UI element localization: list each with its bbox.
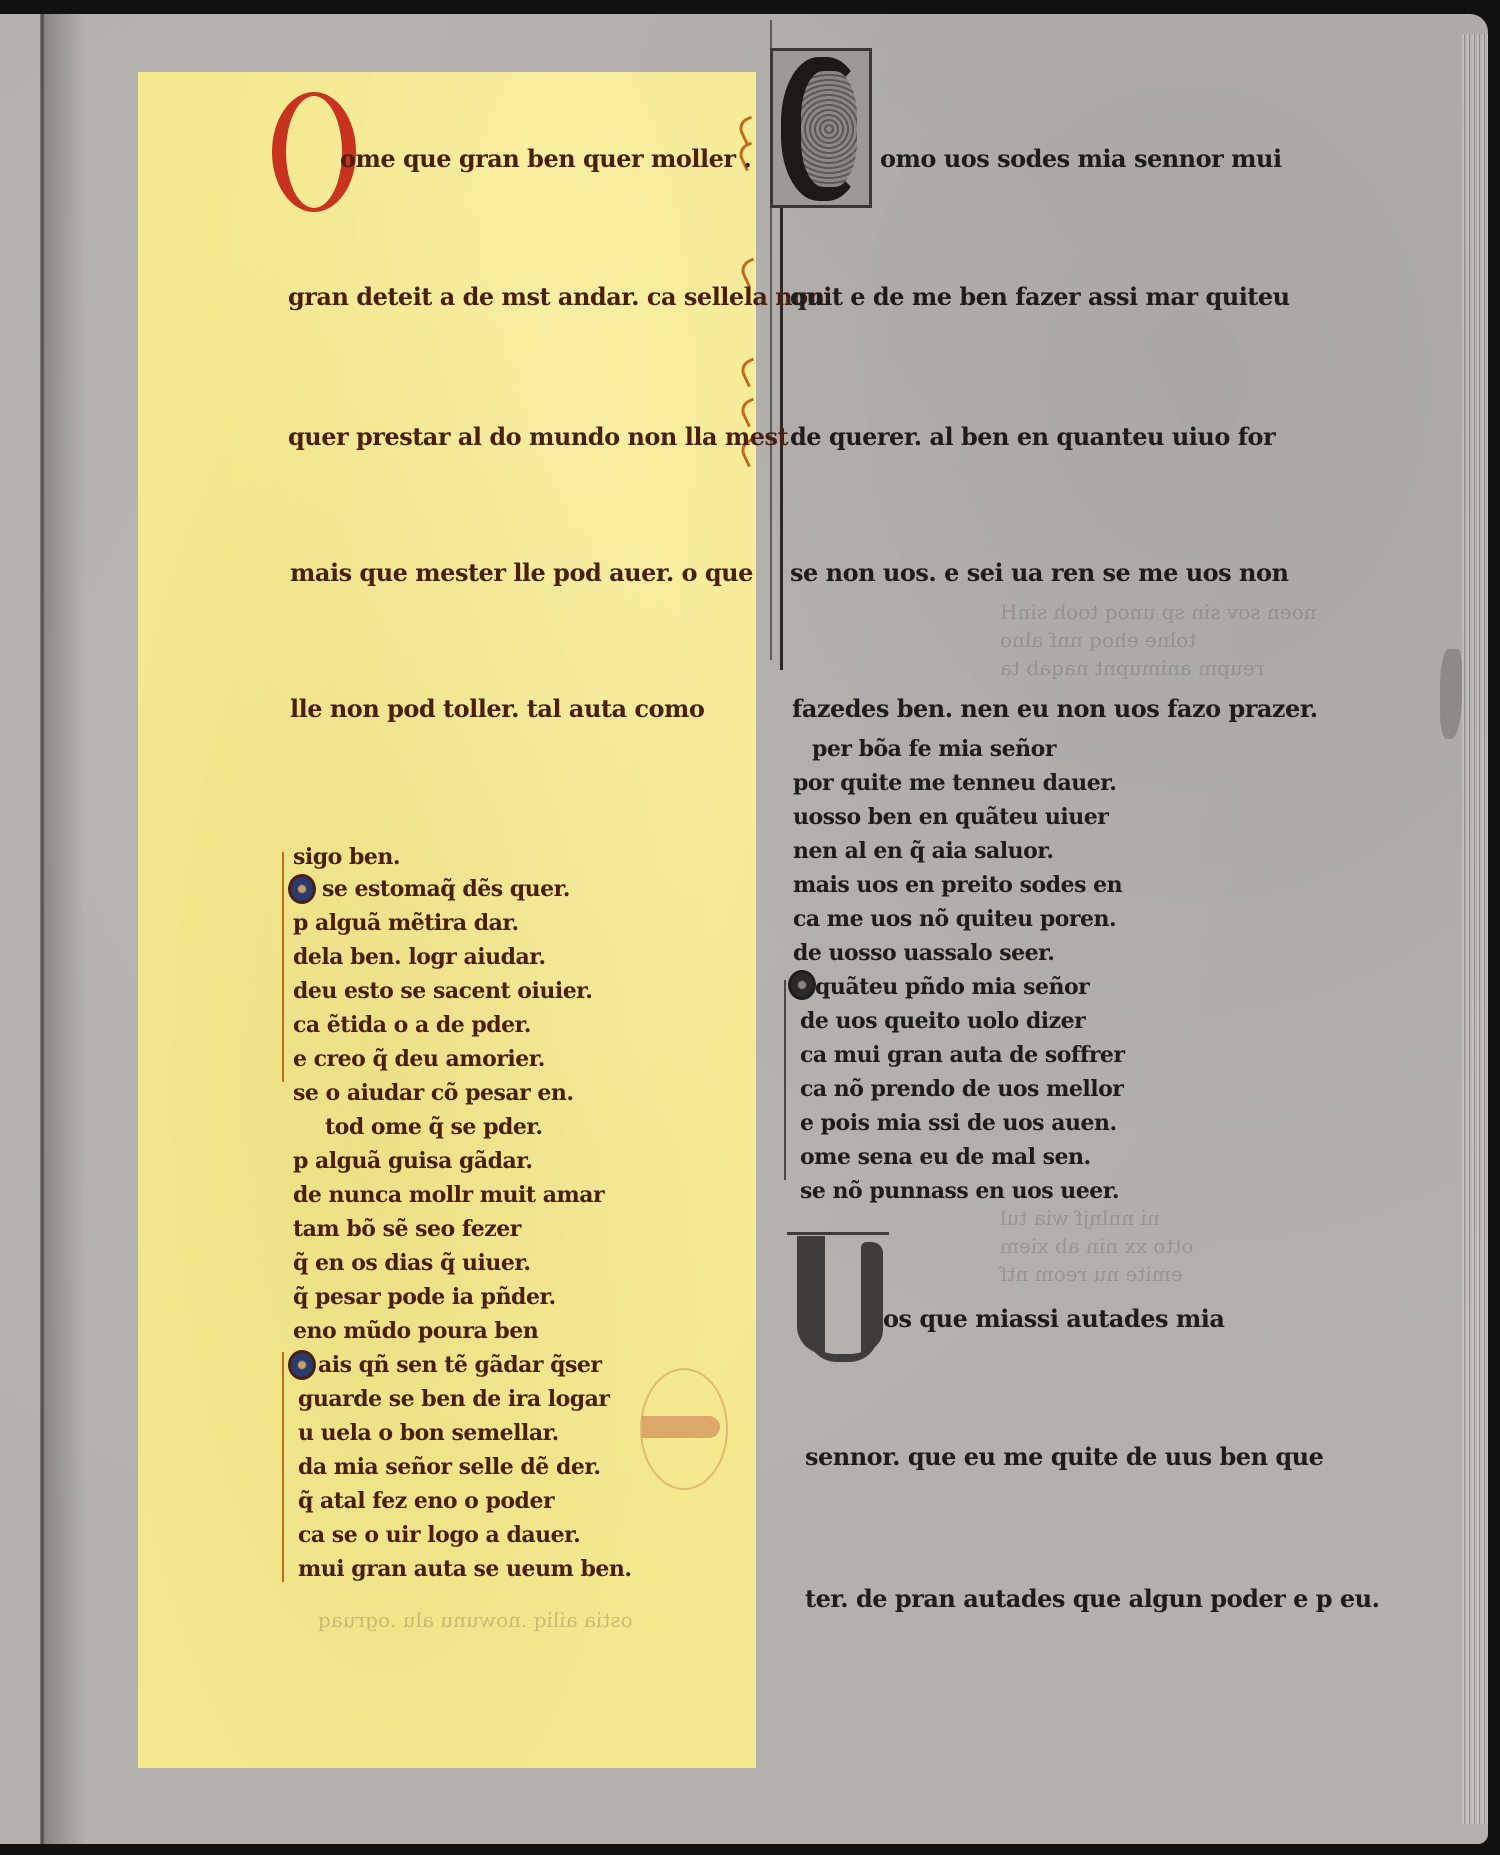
text-line: e creo q̃ deu amorier. (293, 1046, 545, 1072)
text-line: deu esto se sacent oiuier. (293, 978, 592, 1004)
text-line: p alguã mẽtira dar. (293, 910, 519, 936)
marginal-flourish-stem (282, 852, 284, 1082)
text-line: por quite me tenneu dauer. (793, 770, 1116, 796)
initial-u-bowl (807, 1332, 879, 1362)
text-line: p alguã guisa gãdar. (293, 1148, 533, 1174)
faint-initial-bar (642, 1416, 720, 1438)
text-line: gran deteit a de mst andar. ca sellela n… (288, 282, 825, 311)
text-line: sigo ben. (293, 844, 400, 870)
text-line: per bõa fe mia señor (812, 736, 1056, 762)
text-line: fazedes ben. nen eu non uos fazo prazer. (792, 694, 1318, 723)
initial-u-top (787, 1232, 889, 1235)
bleed-through-line: reupm animupnt naqab ta (1000, 656, 1264, 680)
text-line: de uos queito uolo dizer (800, 1008, 1085, 1034)
text-line: ais qñ sen tẽ gãdar q̃ser (318, 1352, 601, 1378)
text-line: q̃ pesar pode ia pñder. (293, 1284, 556, 1310)
text-line: u uela o bon semellar. (298, 1420, 559, 1446)
small-initial-m-icon (288, 1350, 316, 1380)
text-line: quãteu pñdo mia señor (815, 974, 1089, 1000)
small-initial-e-icon (288, 874, 316, 904)
text-line: q̃ atal fez eno o poder (298, 1488, 554, 1514)
text-line: se o aiudar cõ pesar en. (293, 1080, 574, 1106)
text-line: os que miassi autades mia (883, 1304, 1224, 1333)
bleed-through-line: emite nu reom ntf (1000, 1262, 1183, 1286)
text-line: q̃ en os dias q̃ uiuer. (293, 1250, 531, 1276)
text-line: ca me uos nõ quiteu poren. (793, 906, 1116, 932)
text-line: dela ben. logr aiudar. (293, 944, 545, 970)
text-line: tod ome q̃ se pder. (325, 1114, 543, 1140)
page-edge-stack (1462, 34, 1488, 1824)
marginal-flourish-stem (784, 980, 786, 1180)
text-line: se estomaq̃ dẽs quer. (322, 876, 570, 902)
gutter-shadow (45, 14, 85, 1844)
text-line: ca se o uir logo a dauer. (298, 1522, 580, 1548)
text-line: mui gran auta se ueum ben. (298, 1556, 632, 1582)
initial-c-filigree (801, 71, 857, 187)
text-line: guarde se ben de ira logar (298, 1386, 610, 1412)
faint-red-initial-icon (640, 1368, 728, 1490)
text-line: e pois mia ssi de uos auen. (800, 1110, 1117, 1136)
text-line: lle non pod toller. tal auta como (290, 694, 704, 723)
bleed-through-line: noen sov sin sp unoq tooh sinH (1000, 600, 1317, 624)
text-line: ca nõ prendo de uos mellor (800, 1076, 1123, 1102)
text-line: ca ẽtida o a de pder. (293, 1012, 531, 1038)
text-line: ca mui gran auta de soffrer (800, 1042, 1125, 1068)
text-line: ter. de pran autades que algun poder e p… (805, 1584, 1379, 1613)
text-line: nen al en q̃ aia saluor. (793, 838, 1054, 864)
bleed-through-line: ni nnlnjf wia tul (1000, 1206, 1160, 1230)
marginal-flourish-stem (282, 1352, 284, 1582)
text-line: mais uos en preito sodes en (793, 872, 1122, 898)
text-line: tam bõ sẽ seo fezer (293, 1216, 521, 1242)
text-line: uosso ben en quãteu uiuer (793, 804, 1108, 830)
text-line: se nõ punnass en uos ueer. (800, 1178, 1119, 1204)
text-line: ome sena eu de mal sen. (800, 1144, 1091, 1170)
text-line: omo uos sodes mia sennor mui (880, 144, 1282, 173)
bleed-through-line: otto xx nin ab xiem (1000, 1234, 1194, 1258)
text-line: se non uos. e sei ua ren se me uos non (790, 558, 1288, 587)
text-line: eno mũdo poura ben (293, 1318, 538, 1344)
bleed-through-line: tolne ehoq nnf alno (1000, 628, 1196, 652)
text-line: quer prestar al do mundo non lla mest (288, 422, 788, 451)
text-line: ome que gran ben quer moller . (340, 144, 751, 173)
page-stain (1440, 649, 1462, 739)
text-line: mais que mester lle pod auer. o que (290, 558, 753, 587)
initial-u-icon (787, 1232, 889, 1360)
text-line: de nunca mollr muit amar (293, 1182, 604, 1208)
bleed-through-line: ostia ailiq .nowunu alu .ogruaq (318, 1608, 633, 1632)
text-line: quit e de me ben fazer assi mar quiteu (790, 282, 1290, 311)
text-line: sennor. que eu me quite de uus ben que (805, 1442, 1323, 1471)
illuminated-initial-c-icon (770, 48, 872, 208)
small-initial-e-icon (788, 970, 816, 1000)
text-line: da mia señor selle dẽ der. (298, 1454, 601, 1480)
text-line: de uosso uassalo seer. (793, 940, 1054, 966)
text-line: de querer. al ben en quanteu uiuo for (790, 422, 1275, 451)
